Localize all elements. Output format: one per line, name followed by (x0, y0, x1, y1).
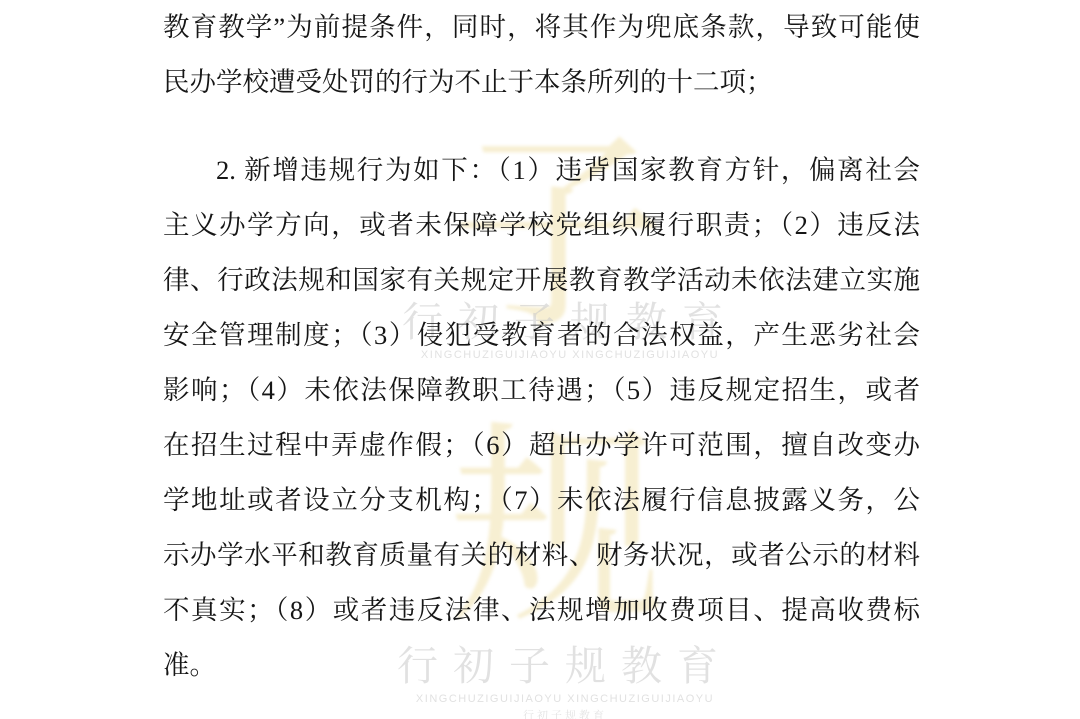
text-line: 学地址或者设立分支机构；（7）未依法履行信息披露义务，公 (163, 473, 920, 528)
text-line: 不真实；（8）或者违反法律、法规增加收费项目、提高收费标 (163, 583, 920, 638)
text-line: 准。 (163, 638, 920, 693)
text-line: 2. 新增违规行为如下：（1）违背国家教育方针，偏离社会 (163, 143, 920, 198)
document-page: 子 规 行初子规教育 XINGCHUZIGUIJIAOYU XINGCHUZIG… (0, 0, 1080, 719)
text-line: 安全管理制度；（3）侵犯受教育者的合法权益，产生恶劣社会 (163, 308, 920, 363)
text-line: 示办学水平和教育质量有关的材料、财务状况，或者公示的材料 (163, 528, 920, 583)
text-line: 律、行政法规和国家有关规定开展教育教学活动未依法建立实施 (163, 253, 920, 308)
watermark-bottom-tiny-text: 行初子规教育 (385, 707, 745, 719)
text-line: 影响；（4）未依法保障教职工待遇；（5）违反规定招生，或者 (163, 363, 920, 418)
watermark-bottom-pinyin-text: XINGCHUZIGUIJIAOYU XINGCHUZIGUIJIAOYU (385, 693, 745, 705)
text-line: 主义办学方向，或者未保障学校党组织履行职责；（2）违反法 (163, 198, 920, 253)
text-line: 教育教学”为前提条件，同时，将其作为兜底条款，导致可能使 (163, 0, 920, 55)
text-line: 民办学校遭受处罚的行为不止于本条所列的十二项； (163, 55, 920, 110)
text-line: 在招生过程中弄虚作假；（6）超出办学许可范围，擅自改变办 (163, 418, 920, 473)
document-text: 教育教学”为前提条件，同时，将其作为兜底条款，导致可能使民办学校遭受处罚的行为不… (163, 0, 920, 693)
